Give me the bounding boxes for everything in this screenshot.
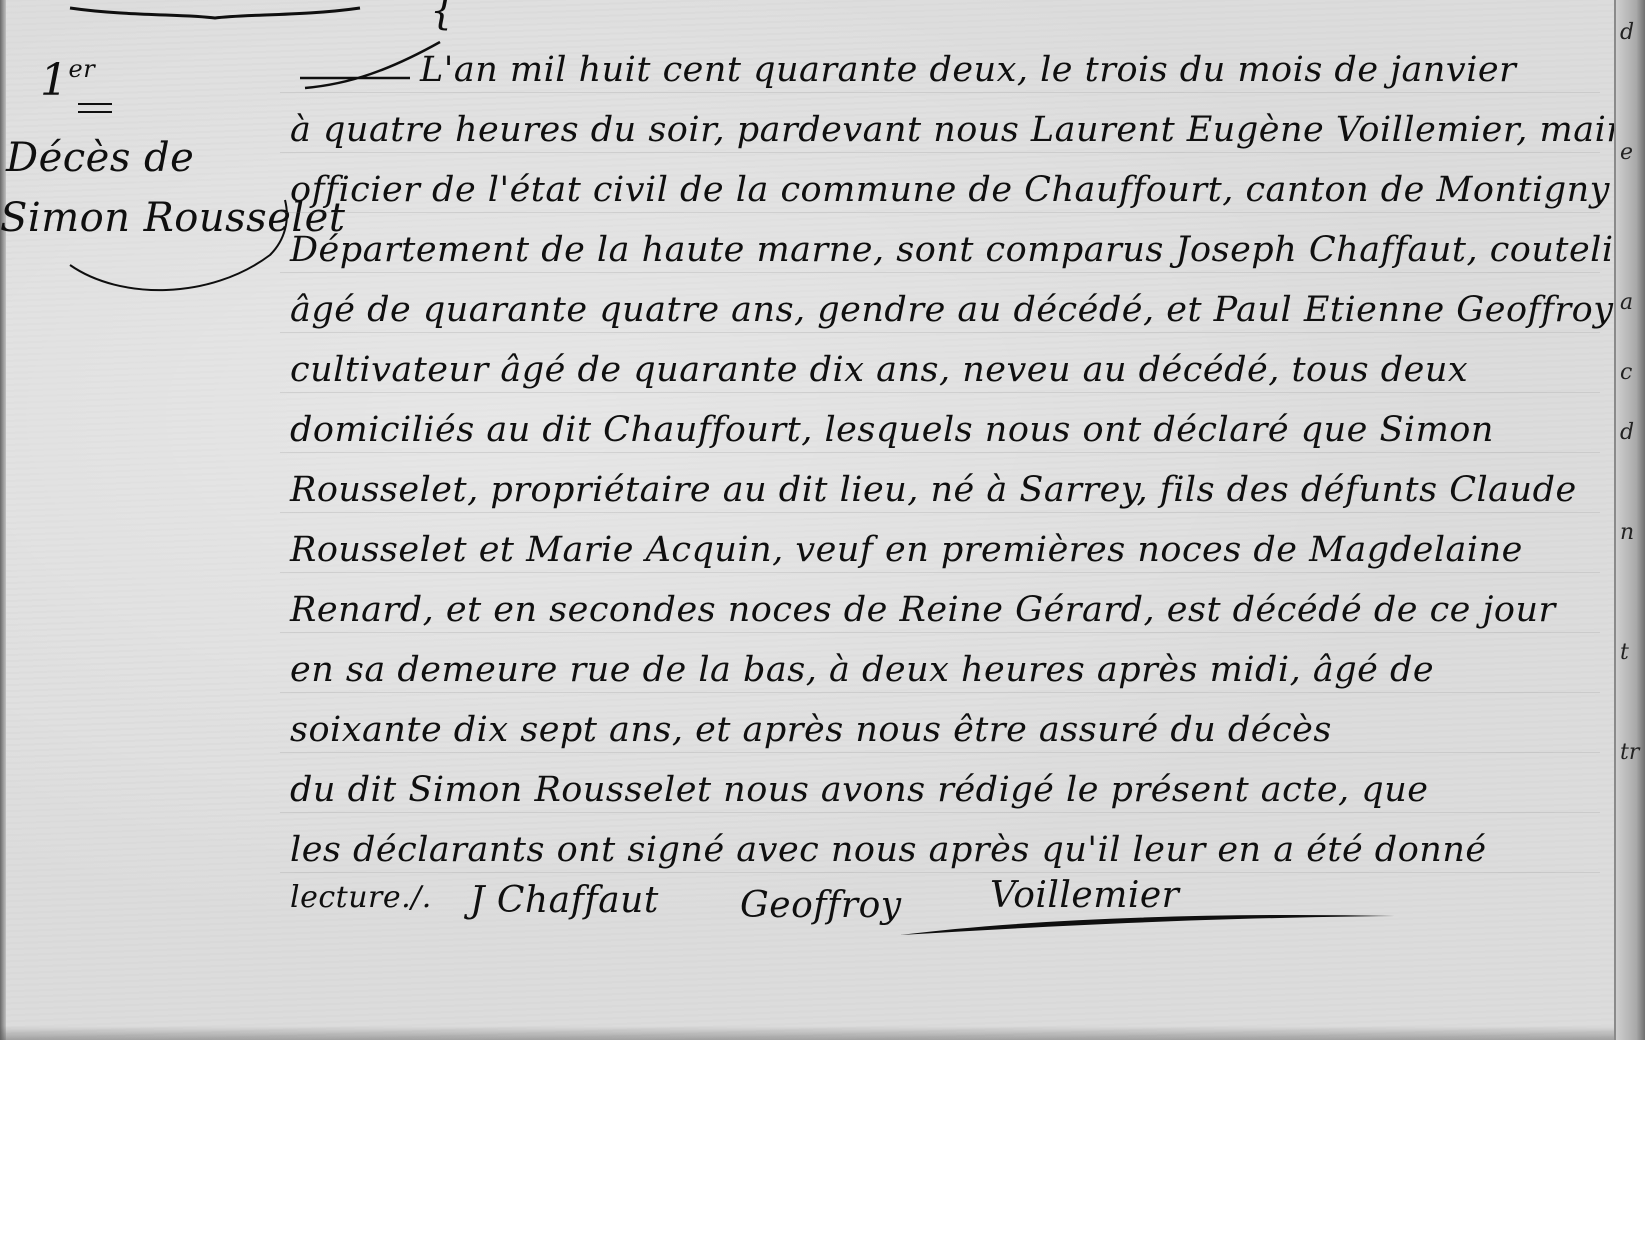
body-line-11: en sa demeure rue de la bas, à deux heur…: [290, 650, 1434, 690]
scanned-register-page: { 1er Décès de Simon Rousselet L'an mil …: [0, 0, 1645, 1040]
adjacent-page-fragments: d e a c d n t tr: [1618, 0, 1645, 1040]
margin-title-line1: Décès de: [6, 135, 194, 181]
margin-brace-flourish: [30, 180, 300, 310]
top-flourish-mark: {: [430, 0, 456, 34]
body-line-5: âgé de quarante quatre ans, gendre au dé…: [290, 290, 1614, 330]
entry-number-underline: [78, 103, 112, 113]
body-line-14: les déclarants ont signé avec nous après…: [290, 830, 1487, 870]
ruled-line: [280, 572, 1600, 573]
ruled-line: [280, 872, 1600, 873]
closing-text: lecture./.: [290, 880, 432, 915]
body-line-2: à quatre heures du soir, pardevant nous …: [290, 110, 1645, 150]
entry-number: 1er: [40, 55, 95, 106]
body-line-1: L'an mil huit cent quarante deux, le tro…: [420, 50, 1516, 90]
ruled-line: [280, 452, 1600, 453]
body-line-10: Renard, et en secondes noces de Reine Gé…: [290, 590, 1556, 630]
body-line-4: Département de la haute marne, sont comp…: [290, 230, 1645, 270]
fragment: d: [1620, 420, 1634, 445]
body-line-3: officier de l'état civil de la commune d…: [290, 170, 1645, 210]
ruled-line: [280, 392, 1600, 393]
ruled-line: [280, 812, 1600, 813]
body-line-12: soixante dix sept ans, et après nous êtr…: [290, 710, 1332, 750]
signature-chaffaut: J Chaffaut: [470, 880, 659, 921]
fragment: t: [1620, 640, 1629, 665]
body-line-13: du dit Simon Rousselet nous avons rédigé…: [290, 770, 1428, 810]
ruled-line: [280, 692, 1600, 693]
ruled-line: [280, 752, 1600, 753]
fragment: a: [1620, 290, 1633, 315]
fragment: tr: [1620, 740, 1639, 765]
body-line-6: cultivateur âgé de quarante dix ans, nev…: [290, 350, 1468, 390]
signature-paraph-stroke: [900, 900, 1400, 940]
fragment: n: [1620, 520, 1634, 545]
ruled-line: [280, 632, 1600, 633]
ruled-line: [280, 512, 1600, 513]
ruled-line: [280, 332, 1600, 333]
fragment: c: [1620, 360, 1632, 385]
ruled-line: [280, 92, 1600, 93]
ruled-line: [280, 212, 1600, 213]
ruled-line: [280, 152, 1600, 153]
fragment: d: [1620, 20, 1634, 45]
body-line-7: domiciliés au dit Chauffourt, lesquels n…: [290, 410, 1494, 450]
ruled-line: [280, 272, 1600, 273]
body-line-8: Rousselet, propriétaire au dit lieu, né …: [290, 470, 1577, 510]
signature-geoffroy: Geoffroy: [740, 885, 902, 926]
body-line-9: Rousselet et Marie Acquin, veuf en premi…: [290, 530, 1523, 570]
fragment: e: [1620, 140, 1633, 165]
header-flourish: [65, 0, 365, 25]
